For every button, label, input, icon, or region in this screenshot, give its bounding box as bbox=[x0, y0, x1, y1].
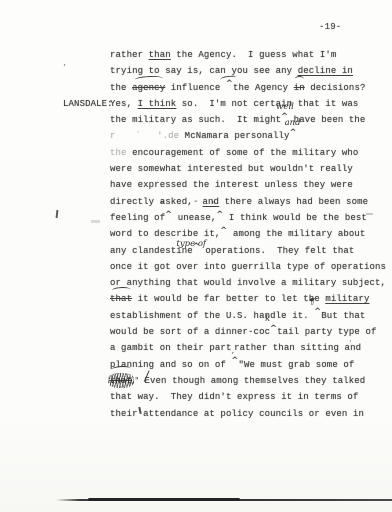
text-segment: were somewhat interested but wouldn't re… bbox=[110, 164, 353, 174]
text-segment: But that bbox=[321, 311, 365, 321]
caret-mark: ^ bbox=[216, 207, 223, 223]
text-segment: that bbox=[110, 373, 132, 389]
text-segment: operations. They felt that bbox=[200, 246, 355, 256]
text-line: that," Even though among themselves they… bbox=[110, 373, 380, 389]
text-segment: tail party type of bbox=[277, 327, 376, 337]
handwritten-insert: ^ bbox=[231, 358, 238, 368]
caret-mark: ^ bbox=[314, 304, 321, 320]
text-segment: feeling of bbox=[110, 213, 165, 223]
handwritten-word: well bbox=[276, 99, 294, 115]
text-line: have expressed the interest unless they … bbox=[110, 177, 380, 193]
caret-mark: ^ bbox=[231, 353, 238, 369]
text-segment: directly asked, bbox=[110, 197, 193, 207]
scan-artifact bbox=[56, 210, 59, 218]
page-number: -19- bbox=[319, 22, 341, 32]
text-segment: '.de bbox=[157, 131, 185, 141]
text-line: directly asked,˝ and there always had be… bbox=[110, 194, 380, 210]
handwritten-insert: ^" bbox=[165, 211, 172, 221]
text-line: any clandestine^ operations. They felt t… bbox=[110, 243, 380, 259]
text-segment: it would be far better to let the bbox=[132, 294, 325, 304]
text-segment: there always had been some bbox=[219, 197, 368, 207]
text-segment: I think bbox=[138, 99, 177, 109]
text-line: rather than the Agency. I guess what I'm bbox=[110, 47, 380, 63]
handwritten-insert: ^" bbox=[216, 211, 223, 221]
scan-artifact: ’ bbox=[349, 340, 352, 350]
handwritten-word: k bbox=[265, 311, 270, 327]
text-line: would be sort of a dinner-coc^ktail part… bbox=[110, 324, 380, 340]
handwritten-insert: ^k bbox=[270, 325, 277, 335]
scan-artifact bbox=[366, 213, 373, 215]
text-segment: the military as such. It might bbox=[110, 115, 281, 125]
text-segment: influence bbox=[165, 83, 226, 93]
text-segment: r bbox=[110, 131, 116, 141]
text-line: establishment of the U.S. handle it. ^¶B… bbox=[110, 308, 380, 324]
handwritten-word: " bbox=[211, 197, 215, 213]
text-segment: or anything that would involve a militar… bbox=[110, 278, 386, 288]
handwritten-insert: ^and bbox=[290, 129, 297, 139]
handwritten-word: and bbox=[285, 115, 301, 131]
text-segment: I think would be the best bbox=[223, 213, 367, 223]
text-segment: Even bbox=[144, 373, 166, 389]
scanned-document-page: -19- rather than the Agency. I guess wha… bbox=[0, 0, 392, 512]
caret-mark: ^ bbox=[270, 321, 277, 337]
handwritten-insert: ^type of bbox=[220, 227, 227, 237]
text-segment: than bbox=[149, 50, 171, 60]
text-line: word to describe it,^type of among the m… bbox=[110, 226, 380, 242]
caret-mark: ^ bbox=[193, 239, 200, 255]
text-segment: "We must grab some of bbox=[238, 360, 354, 370]
text-segment: the bbox=[110, 148, 127, 158]
text-segment: encouragement of some of the military wh… bbox=[127, 148, 359, 158]
text-segment: military bbox=[325, 294, 369, 304]
text-segment: though among themselves they talked bbox=[167, 376, 366, 386]
speaker-label: LANSDALE: bbox=[63, 96, 113, 112]
text-segment: have expressed the interest unless they … bbox=[110, 180, 353, 190]
handwritten-insert: ^¶ bbox=[314, 309, 321, 319]
handwritten-word: " bbox=[160, 197, 164, 213]
text-line: were somewhat interested but wouldn't re… bbox=[110, 161, 380, 177]
text-line: once it got over into guerrilla type of … bbox=[110, 259, 380, 275]
text-line: the encouragement of some of the militar… bbox=[110, 145, 380, 161]
text-line: r´'.de McNamara personally^and bbox=[110, 128, 380, 144]
text-line: feeling of^" unease,^" I think would be … bbox=[110, 210, 380, 226]
text-segment: their attendance at policy councils or e… bbox=[110, 409, 364, 419]
text-segment: trying to say is, can you see any bbox=[110, 66, 298, 76]
text-segment: the Agency bbox=[233, 83, 294, 93]
text-segment: decisions? bbox=[305, 83, 366, 93]
text-line: the military as such. It might^well have… bbox=[110, 112, 380, 128]
caret-mark: ^ bbox=[165, 207, 172, 223]
caret-mark: ^ bbox=[220, 223, 227, 239]
page-bottom-edge-smudge bbox=[88, 498, 240, 501]
handwritten-insert: ^ bbox=[193, 244, 200, 254]
handwritten-insert: ^ bbox=[226, 81, 233, 91]
text-segment: that bbox=[110, 294, 132, 304]
text-segment: rather than sitting and bbox=[234, 343, 361, 353]
text-line: a gambit on their part,rather than sitti… bbox=[110, 340, 380, 356]
text-segment: agency bbox=[132, 83, 165, 93]
text-segment: McNamara personally bbox=[185, 131, 290, 141]
text-segment: so. I'm not certain that it was bbox=[176, 99, 358, 109]
text-segment: the bbox=[110, 83, 132, 93]
text-line: that way. They didn't express it in term… bbox=[110, 389, 380, 405]
text-segment: unease, bbox=[172, 213, 216, 223]
text-segment: would be sort of a dinner-coc bbox=[110, 327, 270, 337]
transcript-body: rather than the Agency. I guess what I'm… bbox=[110, 47, 380, 422]
handwritten-scribble bbox=[112, 287, 131, 294]
text-segment: decline in bbox=[298, 66, 353, 76]
text-line: their attendance at policy councils or e… bbox=[110, 406, 380, 422]
text-line: that it would be far better to let the m… bbox=[110, 291, 380, 307]
text-segment: once it got over into guerrilla type of … bbox=[110, 262, 386, 272]
text-segment: any clandestine bbox=[110, 246, 193, 256]
text-line: the agency influence ^the Agency in deci… bbox=[110, 80, 380, 96]
handwritten-scribble bbox=[294, 75, 304, 82]
scan-artifact: ’ bbox=[63, 64, 66, 74]
text-segment: rather bbox=[110, 50, 149, 60]
text-segment: in bbox=[294, 83, 305, 93]
text-segment: that way. They didn't express it in term… bbox=[110, 392, 358, 402]
text-segment: Yes, bbox=[110, 99, 138, 109]
handwritten-word: ¶ bbox=[309, 294, 314, 310]
text-line: or anything that would involve a militar… bbox=[110, 275, 380, 291]
text-segment: among the military about bbox=[227, 229, 365, 239]
text-segment: the Agency. I guess what I'm bbox=[171, 50, 337, 60]
text-segment: ´ bbox=[136, 131, 142, 141]
text-segment: establishment of the U.S. handle it. bbox=[110, 311, 314, 321]
text-segment: a gambit on their part bbox=[110, 343, 231, 353]
scan-artifact bbox=[91, 220, 100, 223]
text-line: LANSDALE:Yes, I think so. I'm not certai… bbox=[110, 96, 380, 112]
